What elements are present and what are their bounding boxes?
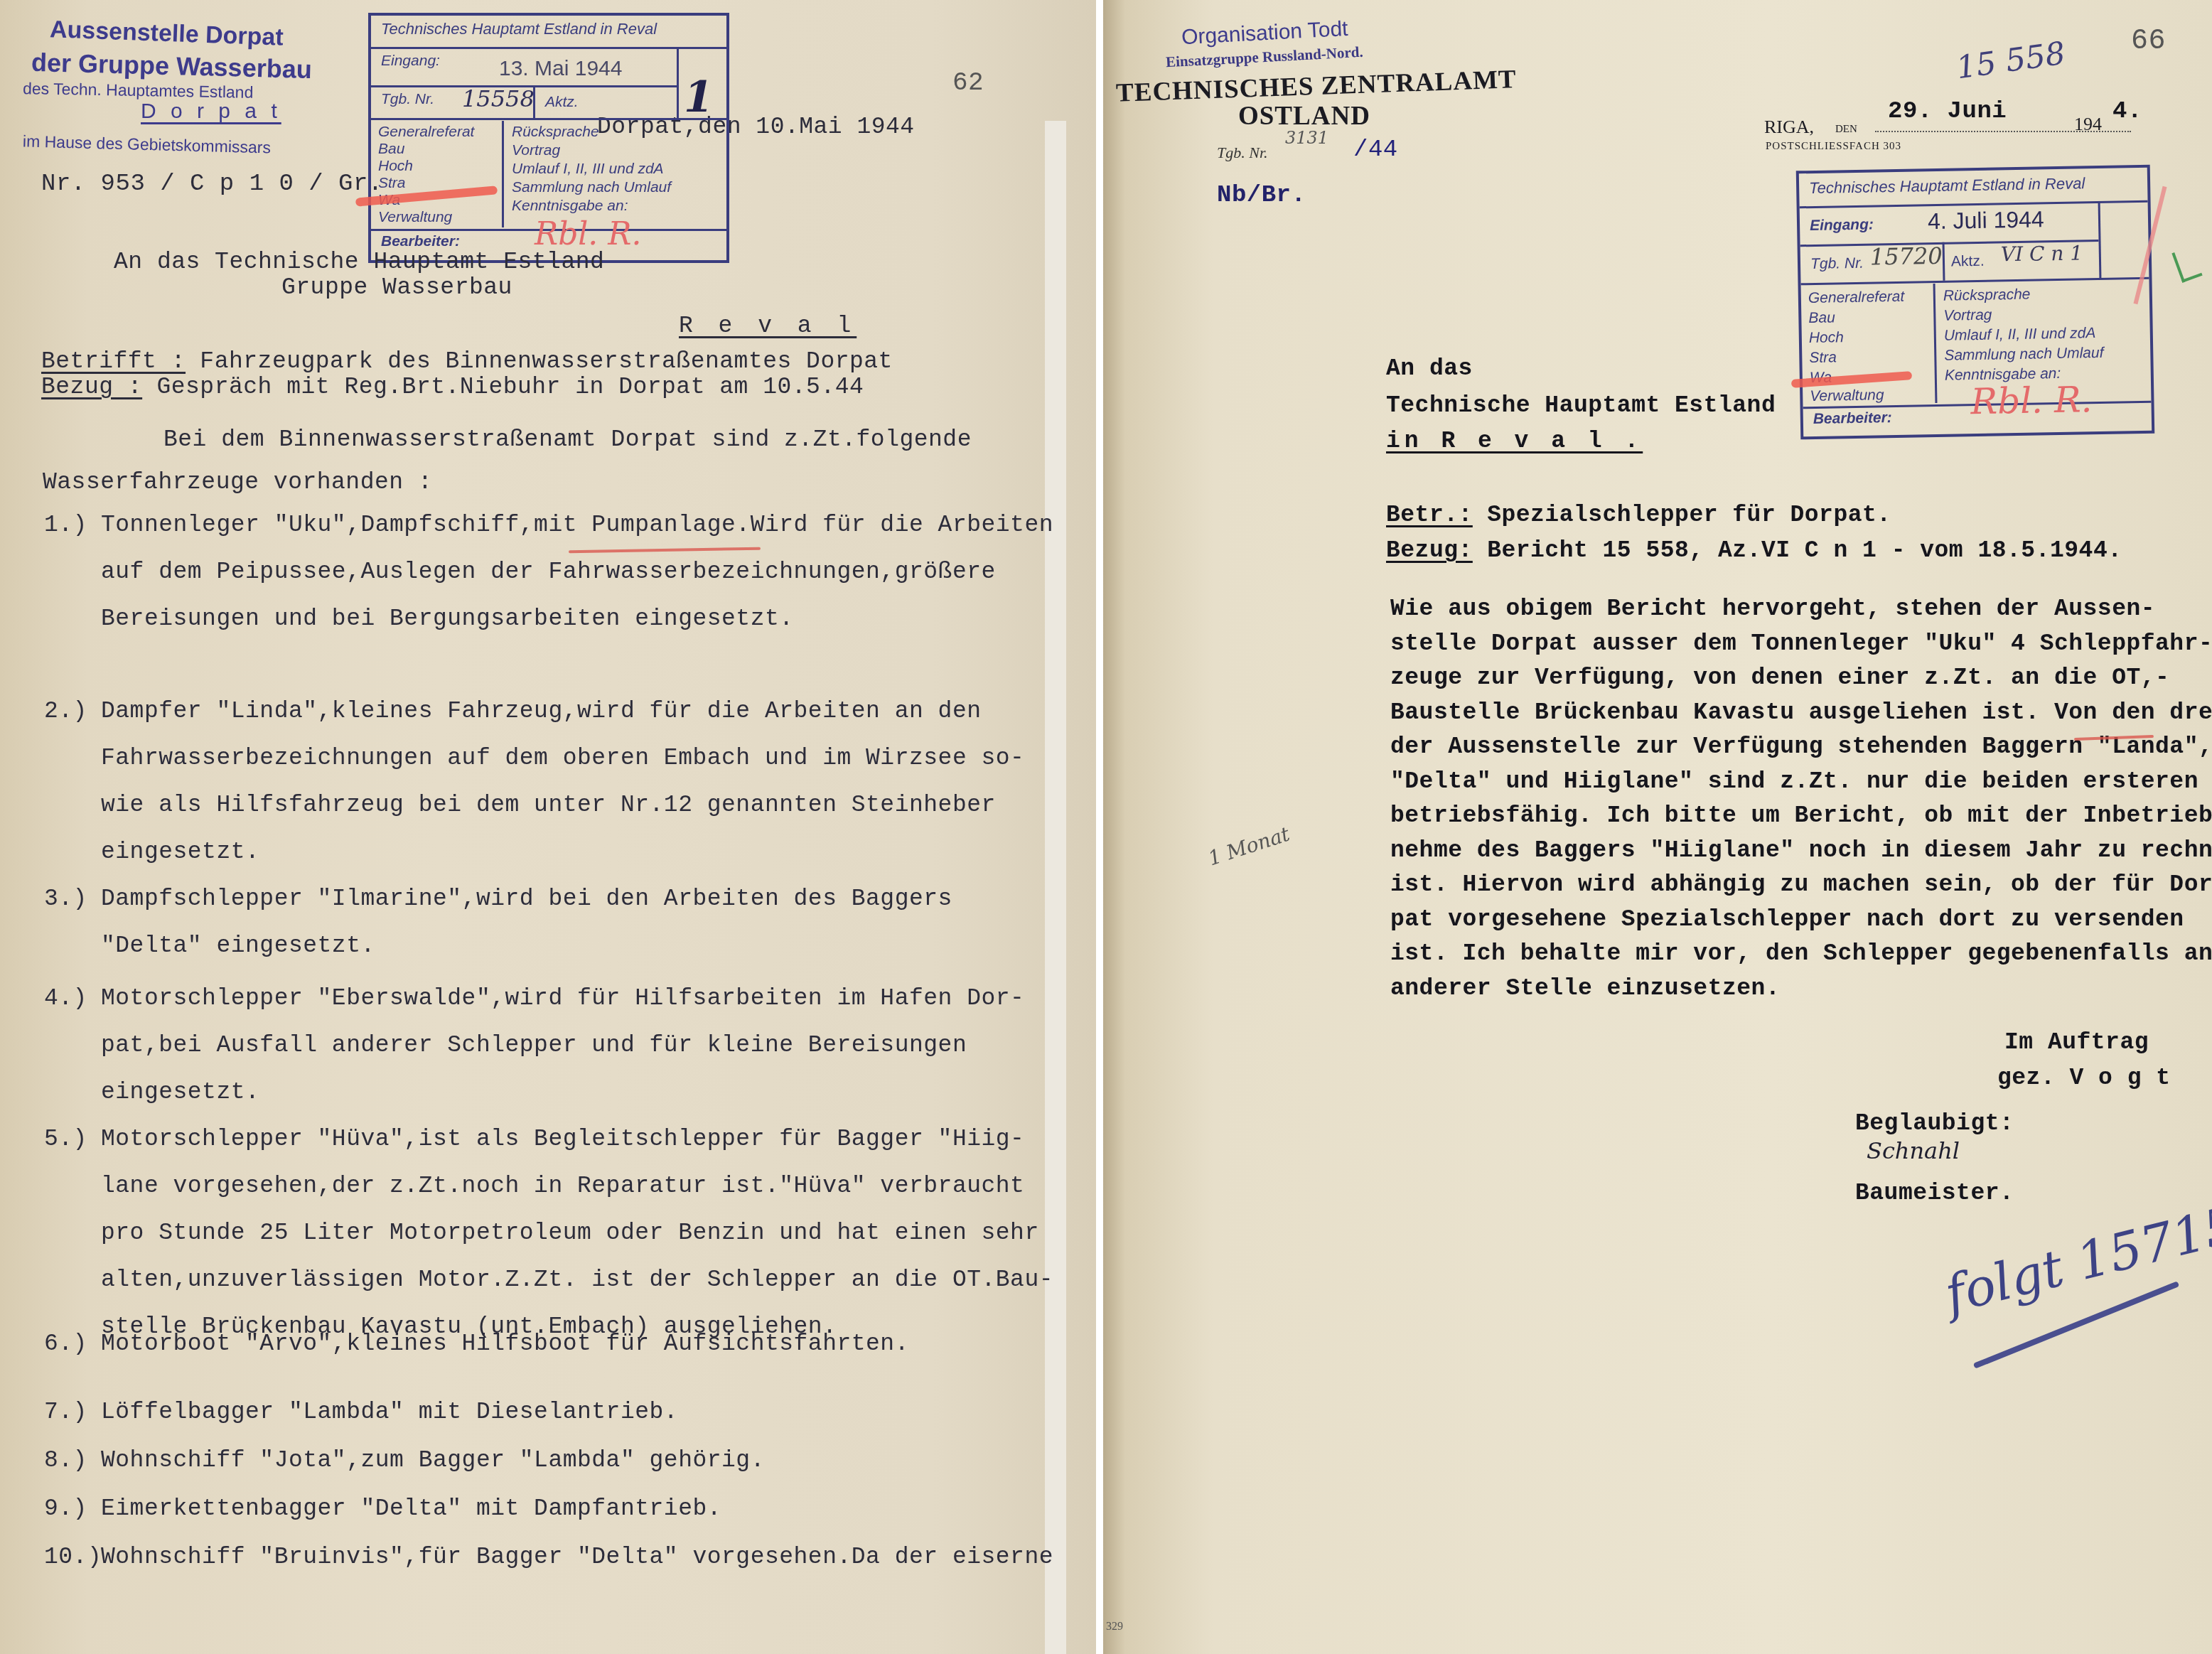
right-document-page: Organisation Todt Einsatzgruppe Russland… <box>1103 0 2212 1654</box>
list-item-number: 3.) <box>44 886 87 912</box>
stamp-title: Technisches Hauptamt Estland in Reval <box>381 20 657 38</box>
list-item-number: 1.) <box>44 512 87 538</box>
red-underline-pumpanlage <box>569 547 761 554</box>
stamp-eingang-date: 13. Mai 1944 <box>499 57 622 81</box>
stamp-right-col-0: Rücksprache <box>512 124 599 141</box>
stamp-aktz-label: Aktz. <box>1951 253 1985 271</box>
list-item-line: "Delta" eingesetzt. <box>101 933 375 959</box>
stamp-tgb-value: 15720 <box>1870 242 1943 271</box>
followup-note: folgt 15715 <box>1939 1194 2212 1324</box>
page-number: 62 <box>952 68 984 97</box>
bezug-line: Bezug: Bericht 15 558, Az.VI C n 1 - vom… <box>1386 537 2122 564</box>
letterhead-city: D o r p a t <box>141 100 281 124</box>
stamp-right-col-3: Sammlung nach Umlauf <box>512 179 671 196</box>
intro-line1: Bei dem Binnenwasserstraßenamt Dorpat si… <box>163 426 972 453</box>
addressee-line1: An das Technische Hauptamt Estland <box>114 249 604 275</box>
stamp-right-col-2: Umlauf I, II, III und zdA <box>512 161 664 178</box>
list-item-line: alten,unzuverlässigen Motor.Z.Zt. ist de… <box>101 1267 1053 1293</box>
betrifft-label: Betrifft : <box>41 348 186 375</box>
stamp-right-col-1: Vortrag <box>512 142 560 159</box>
betrifft-line: Betrifft : Fahrzeugpark des Binnenwasser… <box>41 348 893 375</box>
letterhead-line1: Aussenstelle Dorpat <box>49 16 284 51</box>
stamp-red-handwriting: Rbl. R. <box>1970 379 2093 422</box>
stamp-red-handwriting: Rbl. R. <box>535 216 641 252</box>
bezug-text: Bericht 15 558, Az.VI C n 1 - vom 18.5.1… <box>1487 537 2122 564</box>
stamp-eingang-date: 4. Juli 1944 <box>1928 206 2044 235</box>
stamp-right-col-0: Rücksprache <box>1943 286 2031 305</box>
date-den: DEN <box>1835 124 1857 136</box>
stamp-left-col-5: Verwaltung <box>1810 387 1884 405</box>
betr-line: Betr.: Spezialschlepper für Dorpat. <box>1386 502 1891 528</box>
list-item-line: Tonnenleger "Uku",Dampfschiff,mit Pumpan… <box>101 512 1053 538</box>
betrifft-text: Fahrzeugpark des Binnenwasserstraßenamte… <box>200 348 893 375</box>
stamp-aktz-value: VI C n 1 <box>2001 241 2083 266</box>
body-line: nehme des Baggers "Hiiglane" noch in die… <box>1390 837 2212 864</box>
stamp-left-col-1: Bau <box>1808 309 1835 327</box>
list-item-number: 8.) <box>44 1447 87 1473</box>
list-item-line: Fahrwasserbezeichnungen auf dem oberen E… <box>101 745 1024 771</box>
body-line: ist. Ich behalte mir vor, den Schlepper … <box>1390 940 2212 967</box>
receipt-stamp-right: Technisches Hauptamt Estland in Reval Ei… <box>1796 165 2155 440</box>
letterhead-line3: des Techn. Hauptamtes Estland <box>23 79 254 102</box>
body-line: Wie aus obigem Bericht hervorgeht, stehe… <box>1390 596 2155 622</box>
stamp-corner-mark: 1 <box>684 73 714 122</box>
receipt-stamp-left: Technisches Hauptamt Estland in Reval Ei… <box>368 13 729 263</box>
body-line: Baustelle Brückenbau Kavastu ausgeliehen… <box>1390 699 2212 726</box>
stamp-eingang-label: Eingang: <box>381 53 440 70</box>
list-item-line: Motorschlepper "Hüva",ist als Begleitsch… <box>101 1126 1024 1152</box>
green-check-mark <box>2171 246 2202 283</box>
body-line: betriebsfähig. Ich bitte um Bericht, ob … <box>1390 802 2212 829</box>
stamp-tgb-value: 15558 <box>462 85 535 112</box>
list-item-line: Wohnschiff "Jota",zum Bagger "Lambda" ge… <box>101 1447 765 1473</box>
list-item-line: Eimerkettenbagger "Delta" mit Dampfantri… <box>101 1495 721 1522</box>
stamp-right-col-2: Umlauf I, II, III und zdA <box>1944 325 2096 345</box>
tgb-year: /44 <box>1353 136 1398 163</box>
body-line: pat vorgesehene Spezialschlepper nach do… <box>1390 906 2184 933</box>
list-item-line: Löffelbagger "Lambda" mit Dieselantrieb. <box>101 1399 678 1425</box>
bezug-line: Bezug : Gespräch mit Reg.Brt.Niebuhr in … <box>41 374 864 400</box>
list-item-line: Motorboot "Arvo",kleines Hilfsboot für A… <box>101 1331 909 1357</box>
bezug-label: Bezug: <box>1386 537 1473 564</box>
postbox: POSTSCHLIESSFACH 303 <box>1766 141 1901 153</box>
initials: Nb/Br. <box>1217 182 1306 209</box>
body-line: "Delta" und Hiiglane" sind z.Zt. nur die… <box>1390 768 2198 795</box>
stamp-tgb-label: Tgb. Nr. <box>381 91 434 108</box>
stamp-right-col-3: Sammlung nach Umlauf <box>1944 345 2103 365</box>
letterhead-line5: im Hause des Gebietskommissars <box>23 131 272 157</box>
stamp-left-col-2: Hoch <box>378 158 413 175</box>
certified-label: Beglaubigt: <box>1855 1110 2014 1137</box>
list-item-line: lane vorgesehen,der z.Zt.noch in Reparat… <box>101 1173 1024 1199</box>
stamp-left-col-1: Bau <box>378 141 404 158</box>
list-item-line: wie als Hilfsfahrzeug bei dem unter Nr.1… <box>101 792 996 818</box>
stamp-bearbeiter-label: Bearbeiter: <box>381 233 460 250</box>
addressee-city: in R e v a l . <box>1386 428 1643 454</box>
list-item-line: Wohnschiff "Bruinvis",für Bagger "Delta"… <box>101 1544 1053 1570</box>
body-line: anderer Stelle einzusetzen. <box>1390 975 1780 1001</box>
list-item-line: Motorschlepper "Eberswalde",wird für Hil… <box>101 985 1024 1011</box>
handwritten-reference: 15 558 <box>1954 36 2068 87</box>
list-item-line: Bereisungen und bei Bergungsarbeiten ein… <box>101 606 794 632</box>
body-line: stelle Dorpat ausser dem Tonnenleger "Uk… <box>1390 630 2212 657</box>
tgb-value: 3131 <box>1285 128 1328 148</box>
list-item-line: pro Stunde 25 Liter Motorpetroleum oder … <box>101 1220 1039 1246</box>
list-item-number: 7.) <box>44 1399 87 1425</box>
stamp-left-col-0: Generalreferat <box>378 124 474 141</box>
list-item-number: 2.) <box>44 698 87 724</box>
addressee-city: R e v a l <box>679 313 857 339</box>
stamp-left-col-2: Hoch <box>1809 329 1844 347</box>
certified-signature: Schnahl <box>1867 1137 1960 1164</box>
list-item-line: Dampfschlepper "Ilmarine",wird bei den A… <box>101 886 952 912</box>
addressee-line2: Technische Hauptamt Estland <box>1386 392 1776 419</box>
list-item-number: 9.) <box>44 1495 87 1522</box>
stamp-title: Technisches Hauptamt Estland in Reval <box>1809 174 2085 198</box>
reference-number: Nr. 953 / C p 1 0 / Gr. <box>41 171 383 198</box>
page-edge-strip <box>1045 121 1066 1654</box>
tgb-label: Tgb. Nr. <box>1217 144 1268 162</box>
list-item-number: 10.) <box>44 1544 102 1570</box>
letterhead-office2: OSTLAND <box>1238 101 1370 131</box>
stamp-right-col-1: Vortrag <box>1943 307 1992 325</box>
list-item-number: 5.) <box>44 1126 87 1152</box>
stamp-bearbeiter-label: Bearbeiter: <box>1813 409 1892 428</box>
intro-line2: Wasserfahrzeuge vorhanden : <box>43 469 432 495</box>
bezug-label: Bezug : <box>41 374 142 400</box>
left-document-page: Aussenstelle Dorpat der Gruppe Wasserbau… <box>0 0 1096 1654</box>
certified-title: Baumeister. <box>1855 1180 2014 1206</box>
footer-mark: 329 <box>1106 1621 1123 1633</box>
stamp-left-col-3: Stra <box>378 175 406 192</box>
body-line: zeuge zur Verfügung, von denen einer z.Z… <box>1390 665 2169 691</box>
list-item-line: eingesetzt. <box>101 1079 259 1105</box>
page-number: 66 <box>2131 26 2166 58</box>
list-item-line: pat,bei Ausfall anderer Schlepper und fü… <box>101 1032 967 1058</box>
date-year-prefix: 194 <box>2074 114 2102 135</box>
list-item-line: auf dem Peipussee,Auslegen der Fahrwasse… <box>101 559 996 585</box>
addressee-line1: An das <box>1386 355 1473 382</box>
date-city: RIGA, <box>1764 117 1814 138</box>
list-item-line: eingesetzt. <box>101 839 259 865</box>
stamp-aktz-label: Aktz. <box>545 94 579 111</box>
list-item-number: 6.) <box>44 1331 87 1357</box>
letterhead-line2: der Gruppe Wasserbau <box>31 48 313 85</box>
body-line: ist. Hiervon wird abhängig zu machen sei… <box>1390 871 2212 898</box>
date-year-suffix: 4. <box>2112 98 2142 125</box>
stamp-left-col-0: Generalreferat <box>1808 289 1905 307</box>
stamp-left-col-5: Verwaltung <box>378 209 452 226</box>
date-day-month: 29. Juni <box>1888 98 2007 125</box>
bezug-text: Gespräch mit Reg.Brt.Niebuhr in Dorpat a… <box>156 374 864 400</box>
betr-label: Betr.: <box>1386 502 1473 528</box>
list-item-line: Dampfer "Linda",kleines Fahrzeug,wird fü… <box>101 698 982 724</box>
betr-text: Spezialschlepper für Dorpat. <box>1487 502 1891 528</box>
margin-note: 1 Monat <box>1206 822 1293 871</box>
stamp-eingang-label: Eingang: <box>1810 216 1874 235</box>
list-item-number: 4.) <box>44 985 87 1011</box>
stamp-right-col-4: Kenntnisgabe an: <box>512 198 628 215</box>
closing-line1: Im Auftrag <box>2004 1029 2149 1056</box>
addressee-line2: Gruppe Wasserbau <box>281 274 512 301</box>
stamp-left-col-3: Stra <box>1809 349 1837 367</box>
stamp-tgb-label: Tgb. Nr. <box>1810 255 1864 273</box>
closing-line2: gez. V o g t <box>1997 1065 2171 1091</box>
